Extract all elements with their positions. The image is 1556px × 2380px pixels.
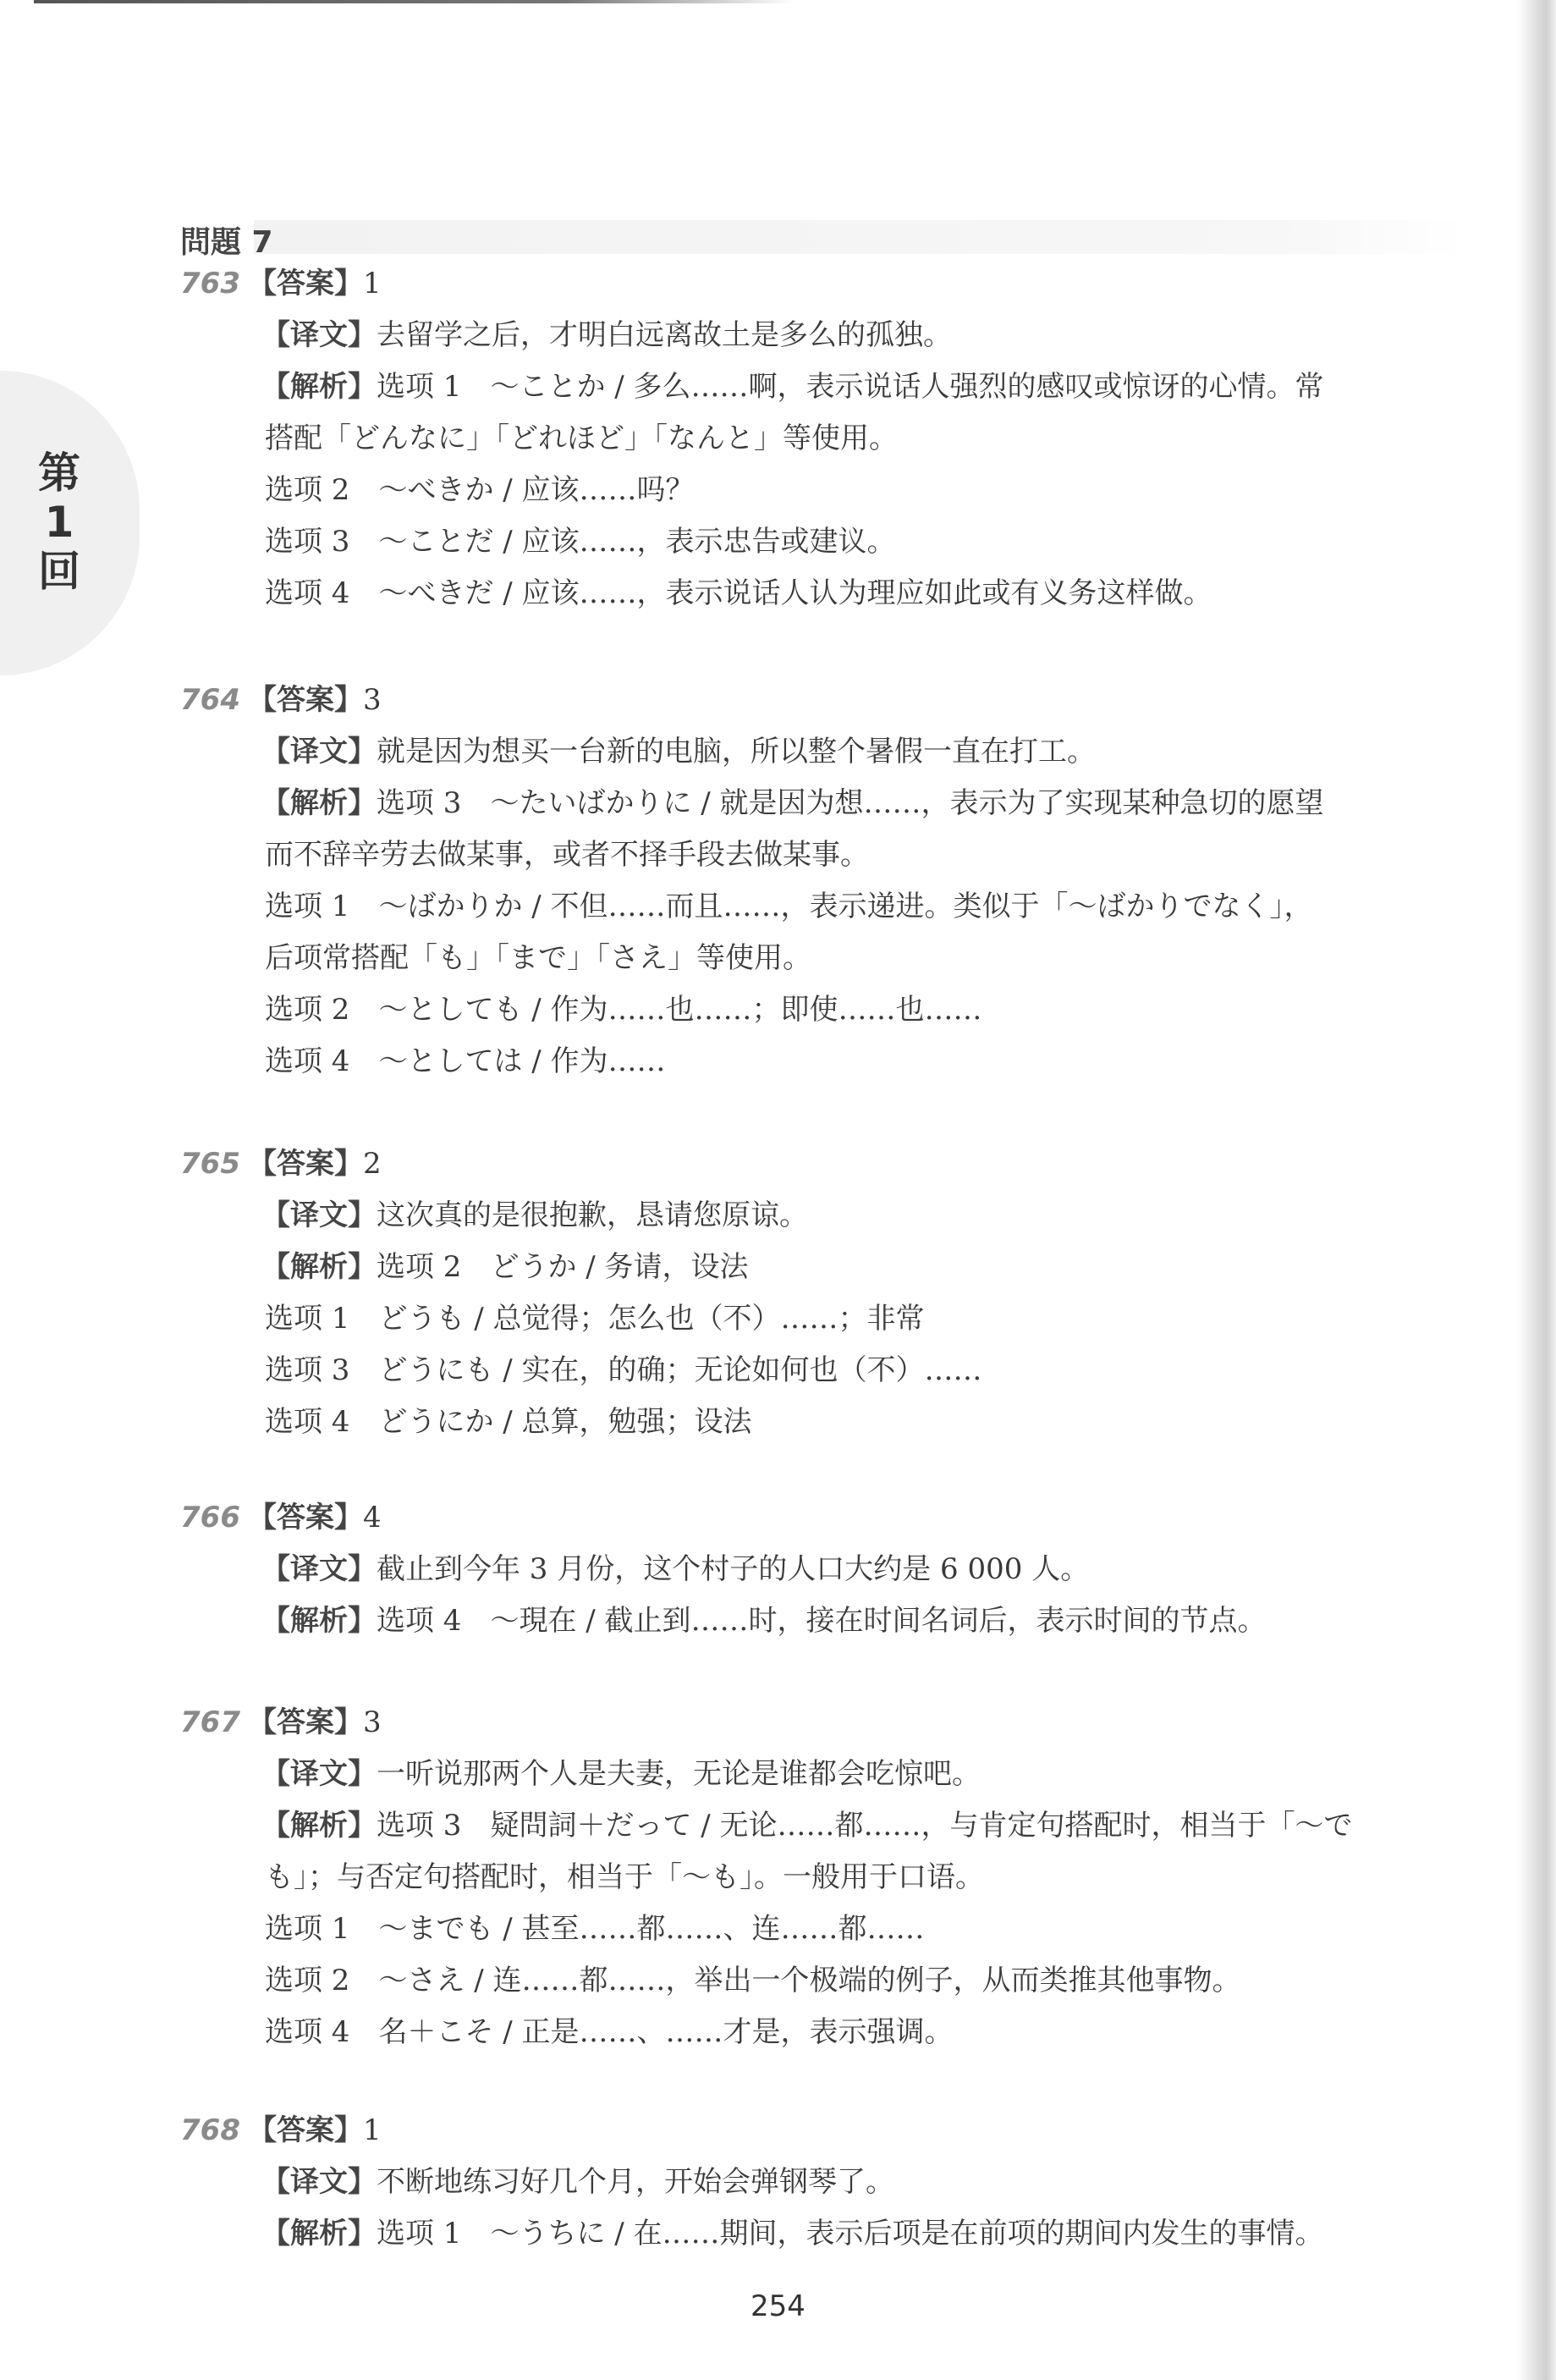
answer-value: 3 [363, 1705, 382, 1739]
page-gutter-shadow [1517, 0, 1556, 2380]
analysis-label: 【解析】 [261, 1250, 377, 1284]
option-explanation: 选项 4 ～としては / 作为…… [180, 1036, 1466, 1088]
analysis-text: 选项 1 ～ことか / 多么……啊，表示说话人强烈的感叹或惊讶的心情。常 [377, 370, 1324, 404]
answer-value: 4 [363, 1501, 382, 1534]
translation-label: 【译文】 [261, 1552, 377, 1586]
translation-text: 一听说那两个人是夫妻，无论是谁都会吃惊吧。 [377, 1757, 981, 1791]
translation-text: 去留学之后，才明白远离故土是多么的孤独。 [377, 318, 952, 352]
page-number: 254 [0, 2289, 1556, 2323]
analysis-label: 【解析】 [261, 2217, 377, 2251]
question-number: 767 [180, 1697, 248, 1749]
answer-line: 765【答案】2 [180, 1138, 1466, 1190]
translation-text: 就是因为想买一台新的电脑，所以整个暑假一直在打工。 [377, 735, 1096, 769]
analysis-line: 【解析】选项 1 ～ことか / 多么……啊，表示说话人强烈的感叹或惊讶的心情。常 [180, 361, 1466, 413]
answer-line: 766【答案】4 [180, 1492, 1466, 1544]
question-number: 763 [180, 258, 248, 310]
question-number: 768 [180, 2105, 248, 2157]
translation-line: 【译文】就是因为想买一台新的电脑，所以整个暑假一直在打工。 [180, 726, 1466, 778]
answer-label: 【答案】 [248, 2113, 363, 2147]
answer-label: 【答案】 [248, 267, 363, 300]
option-explanation: 选项 2 ～べきか / 应该……吗？ [180, 465, 1466, 516]
answer-line: 764【答案】3 [180, 675, 1466, 726]
analysis-label: 【解析】 [261, 1809, 377, 1843]
analysis-label: 【解析】 [261, 370, 377, 404]
translation-label: 【译文】 [261, 318, 377, 352]
option-explanation: 选项 4 名＋こそ / 正是……、……才是，表示强调。 [180, 2007, 1466, 2058]
translation-label: 【译文】 [261, 735, 377, 769]
translation-label: 【译文】 [261, 1198, 377, 1232]
answer-entry-763: 763【答案】1 【译文】去留学之后，才明白远离故土是多么的孤独。 【解析】选项… [180, 258, 1466, 620]
answer-value: 2 [363, 1147, 382, 1181]
question-number: 764 [180, 675, 248, 726]
analysis-text: 选项 3 ～たいばかりに / 就是因为想……，表示为了实现某种急切的愿望 [377, 786, 1324, 820]
section-title: 問題 7 [180, 218, 273, 262]
analysis-text: 选项 4 ～現在 / 截止到……时，接在时间名词后，表示时间的节点。 [377, 1604, 1267, 1638]
answer-value: 3 [363, 683, 382, 717]
option-explanation: 选项 3 ～ことだ / 应该……，表示忠告或建议。 [180, 516, 1466, 568]
side-tab-char: 1 [36, 498, 83, 547]
chapter-side-tab-label: 第 1 回 [36, 449, 83, 596]
answer-line: 763【答案】1 [180, 258, 1466, 310]
answer-line: 767【答案】3 [180, 1697, 1466, 1749]
answer-line: 768【答案】1 [180, 2105, 1466, 2157]
translation-line: 【译文】去留学之后，才明白远离故土是多么的孤独。 [180, 310, 1466, 361]
analysis-line: 【解析】选项 4 ～現在 / 截止到……时，接在时间名词后，表示时间的节点。 [180, 1595, 1466, 1647]
analysis-text: 选项 1 ～うちに / 在……期间，表示后项是在前项的期间内发生的事情。 [377, 2217, 1324, 2251]
question-number: 765 [180, 1138, 248, 1190]
translation-label: 【译文】 [261, 2165, 377, 2199]
answer-entry-768: 768【答案】1 【译文】不断地练习好几个月，开始会弹钢琴了。 【解析】选项 1… [180, 2105, 1466, 2260]
translation-line: 【译文】不断地练习好几个月，开始会弹钢琴了。 [180, 2157, 1466, 2208]
translation-label: 【译文】 [261, 1757, 377, 1791]
option-explanation: 选项 4 どうにか / 总算，勉强；设法 [180, 1397, 1466, 1448]
analysis-continuation: 后项常搭配「も」「まで」「さえ」等使用。 [180, 933, 1466, 984]
option-explanation: 选项 1 ～までも / 甚至……都……、连……都…… [180, 1903, 1466, 1955]
analysis-label: 【解析】 [261, 786, 377, 820]
answer-label: 【答案】 [248, 1501, 363, 1534]
translation-text: 不断地练习好几个月，开始会弹钢琴了。 [377, 2165, 894, 2199]
answer-value: 1 [363, 2113, 382, 2147]
translation-text: 截止到今年 3 月份，这个村子的人口大约是 6 000 人。 [377, 1552, 1089, 1586]
analysis-text: 选项 3 疑問詞＋だって / 无论……都……，与肯定句搭配时，相当于「～で [377, 1809, 1353, 1843]
option-explanation: 选项 2 ～としても / 作为……也……；即使……也…… [180, 984, 1466, 1036]
translation-line: 【译文】一听说那两个人是夫妻，无论是谁都会吃惊吧。 [180, 1749, 1466, 1800]
translation-text: 这次真的是很抱歉，恳请您原谅。 [377, 1198, 808, 1232]
answer-label: 【答案】 [248, 1147, 363, 1181]
answer-value: 1 [363, 267, 382, 300]
translation-line: 【译文】这次真的是很抱歉，恳请您原谅。 [180, 1190, 1466, 1242]
analysis-line: 【解析】选项 3 疑問詞＋だって / 无论……都……，与肯定句搭配时，相当于「～… [180, 1800, 1466, 1852]
answer-entry-767: 767【答案】3 【译文】一听说那两个人是夫妻，无论是谁都会吃惊吧。 【解析】选… [180, 1697, 1466, 2058]
top-edge-line [34, 0, 795, 3]
option-explanation: 选项 1 どうも / 总觉得；怎么也（不）……；非常 [180, 1293, 1466, 1345]
option-explanation: 选项 1 ～ばかりか / 不但……而且……，表示递进。类似于「～ばかりでなく」， [180, 881, 1466, 933]
analysis-continuation: 搭配「どんなに」「どれほど」「なんと」等使用。 [180, 413, 1466, 465]
answer-label: 【答案】 [248, 683, 363, 717]
analysis-label: 【解析】 [261, 1604, 377, 1638]
analysis-line: 【解析】选项 3 ～たいばかりに / 就是因为想……，表示为了实现某种急切的愿望 [180, 778, 1466, 829]
analysis-line: 【解析】选项 2 どうか / 务请，设法 [180, 1242, 1466, 1293]
section-header-band [254, 220, 1464, 254]
analysis-continuation: 而不辞辛劳去做某事，或者不择手段去做某事。 [180, 829, 1466, 881]
answer-entry-764: 764【答案】3 【译文】就是因为想买一台新的电脑，所以整个暑假一直在打工。 【… [180, 675, 1466, 1088]
answer-entry-766: 766【答案】4 【译文】截止到今年 3 月份，这个村子的人口大约是 6 000… [180, 1492, 1466, 1647]
option-explanation: 选项 3 どうにも / 实在，的确；无论如何也（不）…… [180, 1345, 1466, 1397]
translation-line: 【译文】截止到今年 3 月份，这个村子的人口大约是 6 000 人。 [180, 1544, 1466, 1595]
option-explanation: 选项 2 ～さえ / 连……都……，举出一个极端的例子，从而类推其他事物。 [180, 1955, 1466, 2007]
option-explanation: 选项 4 ～べきだ / 应该……，表示说话人认为理应如此或有义务这样做。 [180, 568, 1466, 620]
answer-label: 【答案】 [248, 1705, 363, 1739]
analysis-line: 【解析】选项 1 ～うちに / 在……期间，表示后项是在前项的期间内发生的事情。 [180, 2208, 1466, 2260]
answer-entry-765: 765【答案】2 【译文】这次真的是很抱歉，恳请您原谅。 【解析】选项 2 どう… [180, 1138, 1466, 1448]
side-tab-char: 回 [36, 547, 83, 596]
side-tab-char: 第 [36, 449, 83, 498]
analysis-text: 选项 2 どうか / 务请，设法 [377, 1250, 749, 1284]
analysis-continuation: も」；与否定句搭配时，相当于「～も」。一般用于口语。 [180, 1852, 1466, 1903]
question-number: 766 [180, 1492, 248, 1544]
